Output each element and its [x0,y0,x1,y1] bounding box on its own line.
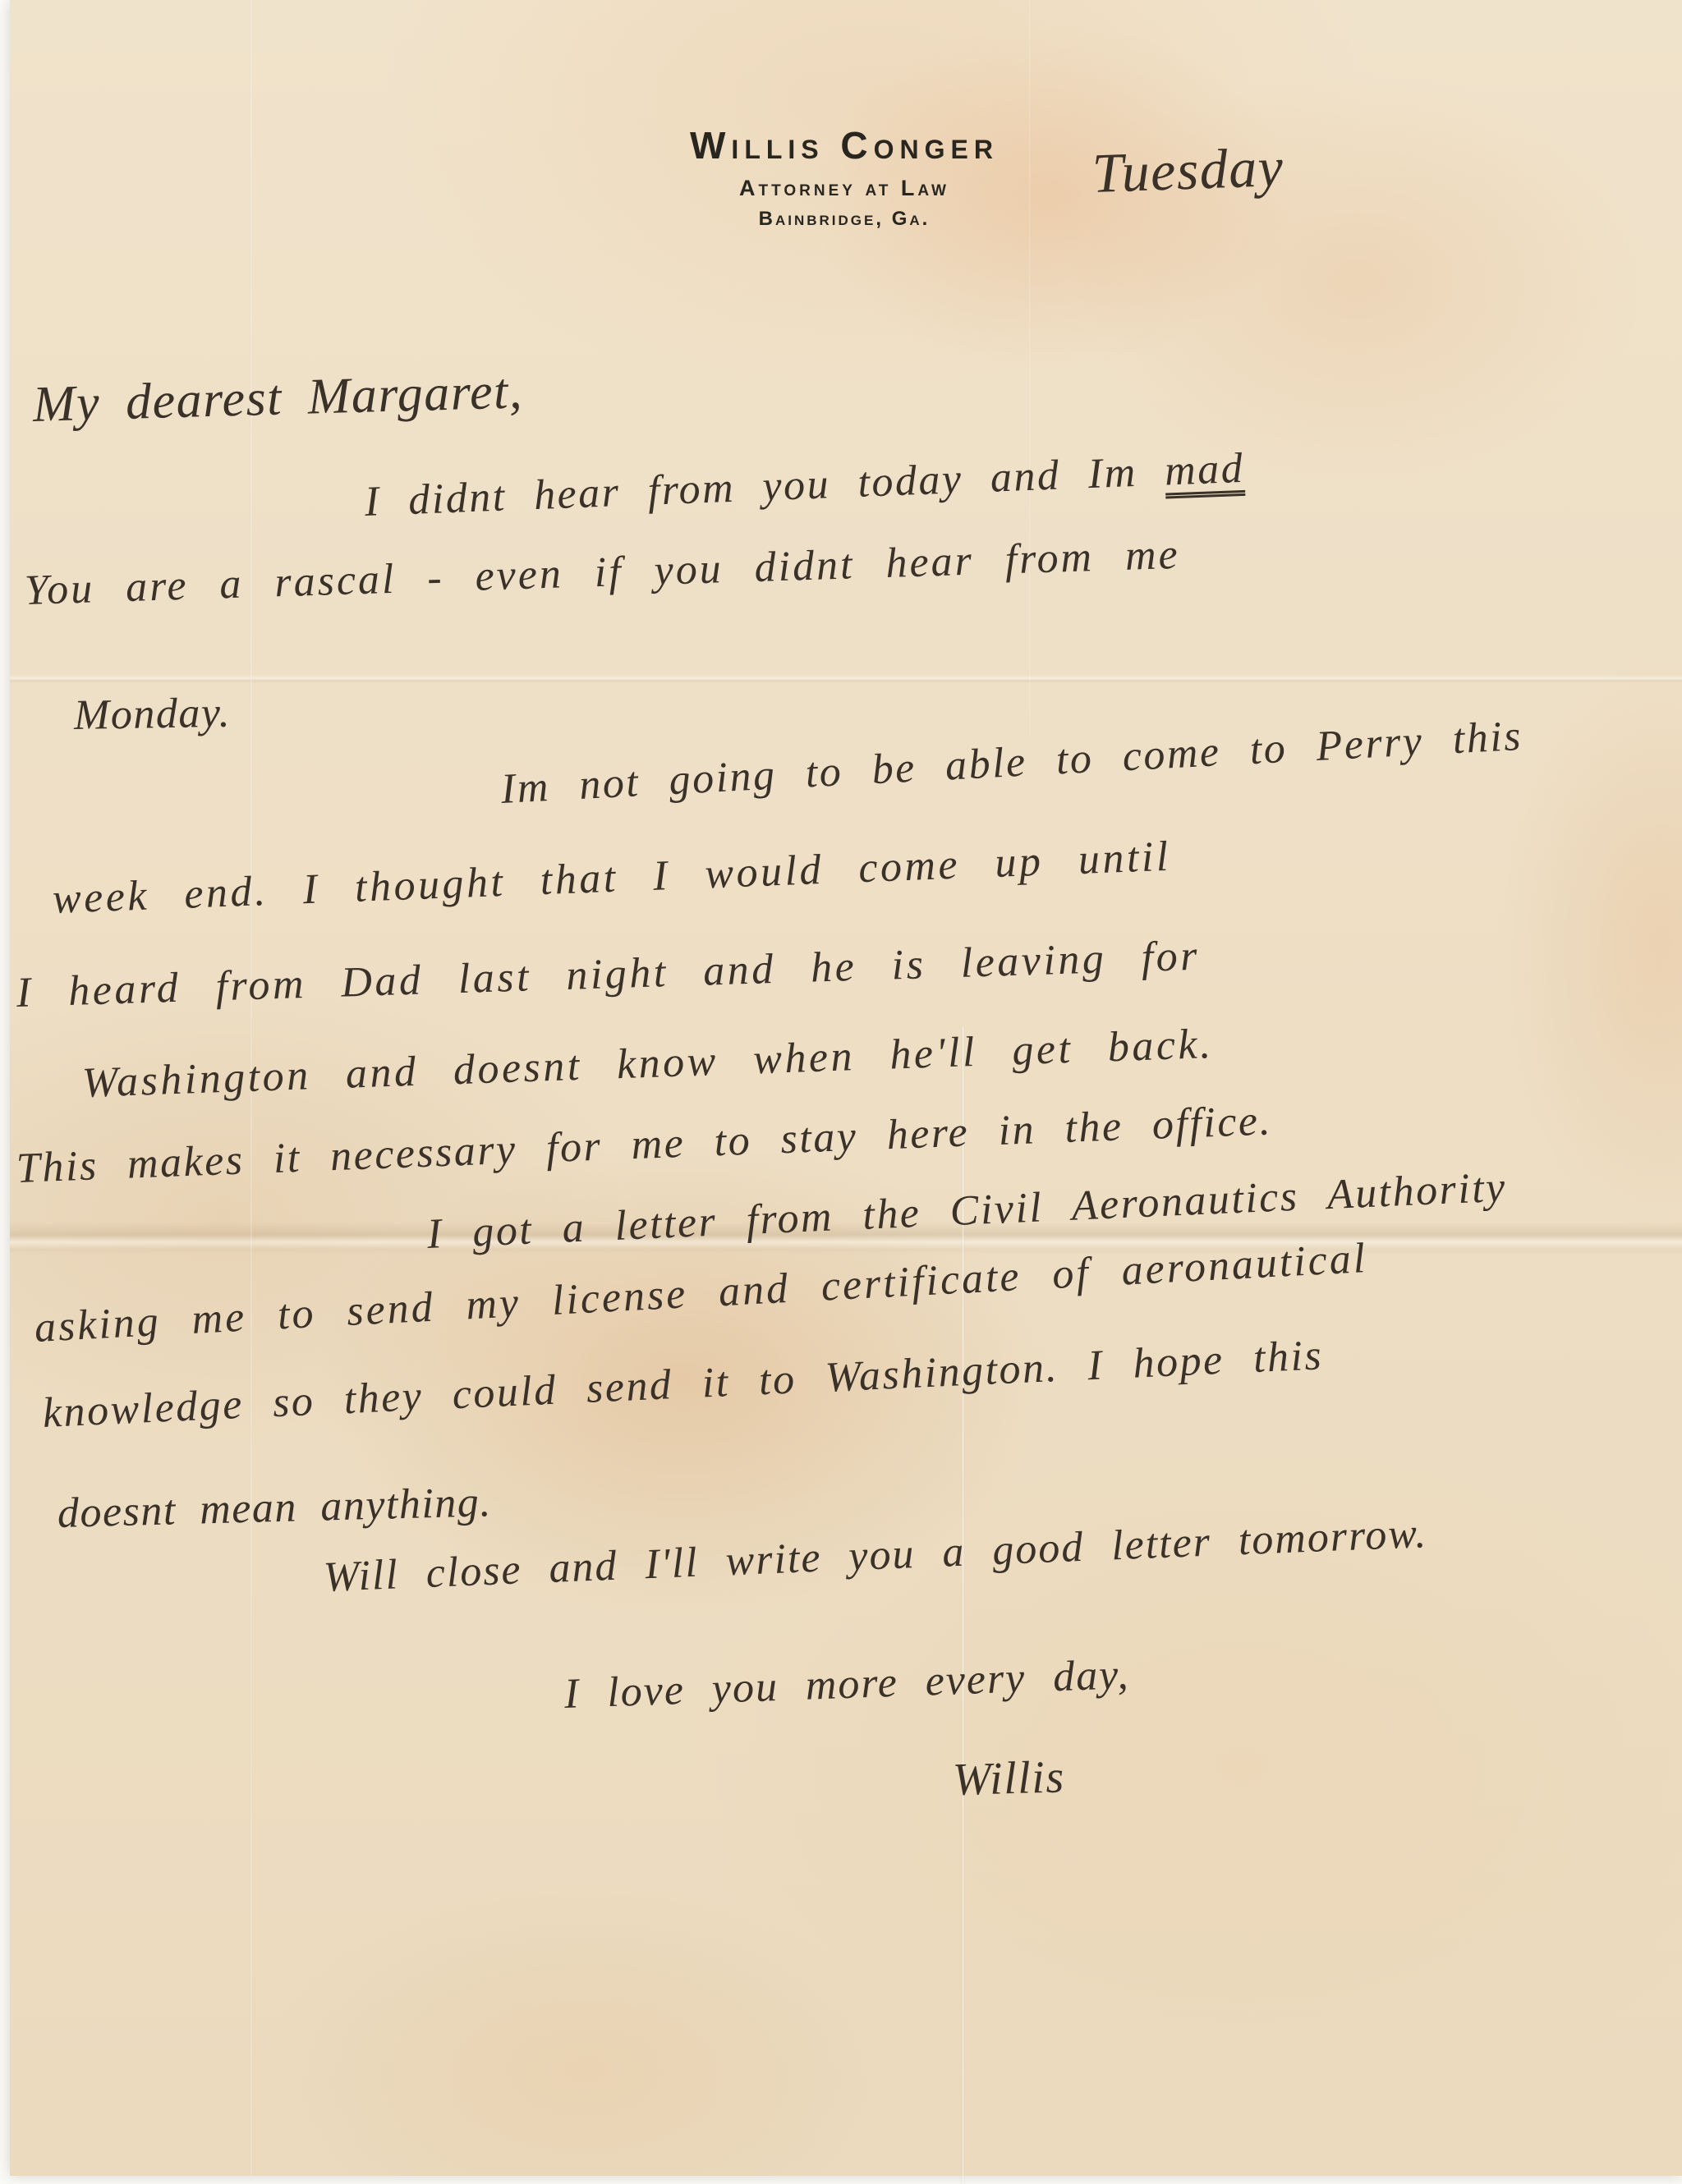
line-1-text: I didnt hear from you today and Im [364,448,1165,525]
handwritten-line-4: Im not going to be able to come to Perry… [499,712,1523,814]
vertical-fold-crease-upper [1028,0,1031,739]
letterhead-title: Attorney at Law [690,176,999,201]
handwritten-line-3: Monday. [73,689,231,740]
handwritten-line-6: I heard from Dad last night and he is le… [16,932,1201,1017]
scanned-letter-page: Willis Conger Attorney at Law Bainbridge… [0,0,1682,2184]
letterhead: Willis Conger Attorney at Law Bainbridge… [690,123,999,231]
letter-paper: Willis Conger Attorney at Law Bainbridge… [10,0,1682,2176]
handwritten-line-1: I didnt hear from you today and Im mad [364,444,1245,526]
letterhead-location: Bainbridge, Ga. [690,208,999,231]
closing-line: I love you more every day, [563,1650,1130,1718]
handwritten-line-7: Washington and doesnt know when he'll ge… [81,1020,1214,1108]
horizontal-fold-crease-top [10,675,1682,683]
salutation: My dearest Margaret, [32,362,524,434]
line-1-emphasized-word: mad [1164,445,1245,495]
date-line: Tuesday [1091,135,1285,206]
handwritten-line-10: asking me to send my license and certifi… [33,1234,1368,1352]
signature: Willis [952,1750,1065,1806]
handwritten-line-11: knowledge so they could send it to Washi… [42,1331,1325,1438]
handwritten-line-12: doesnt mean anything. [57,1478,492,1538]
handwritten-line-2: You are a rascal - even if you didnt hea… [24,530,1180,615]
letterhead-name: Willis Conger [690,123,999,167]
handwritten-line-5: week end. I thought that I would come up… [52,833,1172,924]
handwritten-line-8: This makes it necessary for me to stay h… [16,1096,1273,1193]
